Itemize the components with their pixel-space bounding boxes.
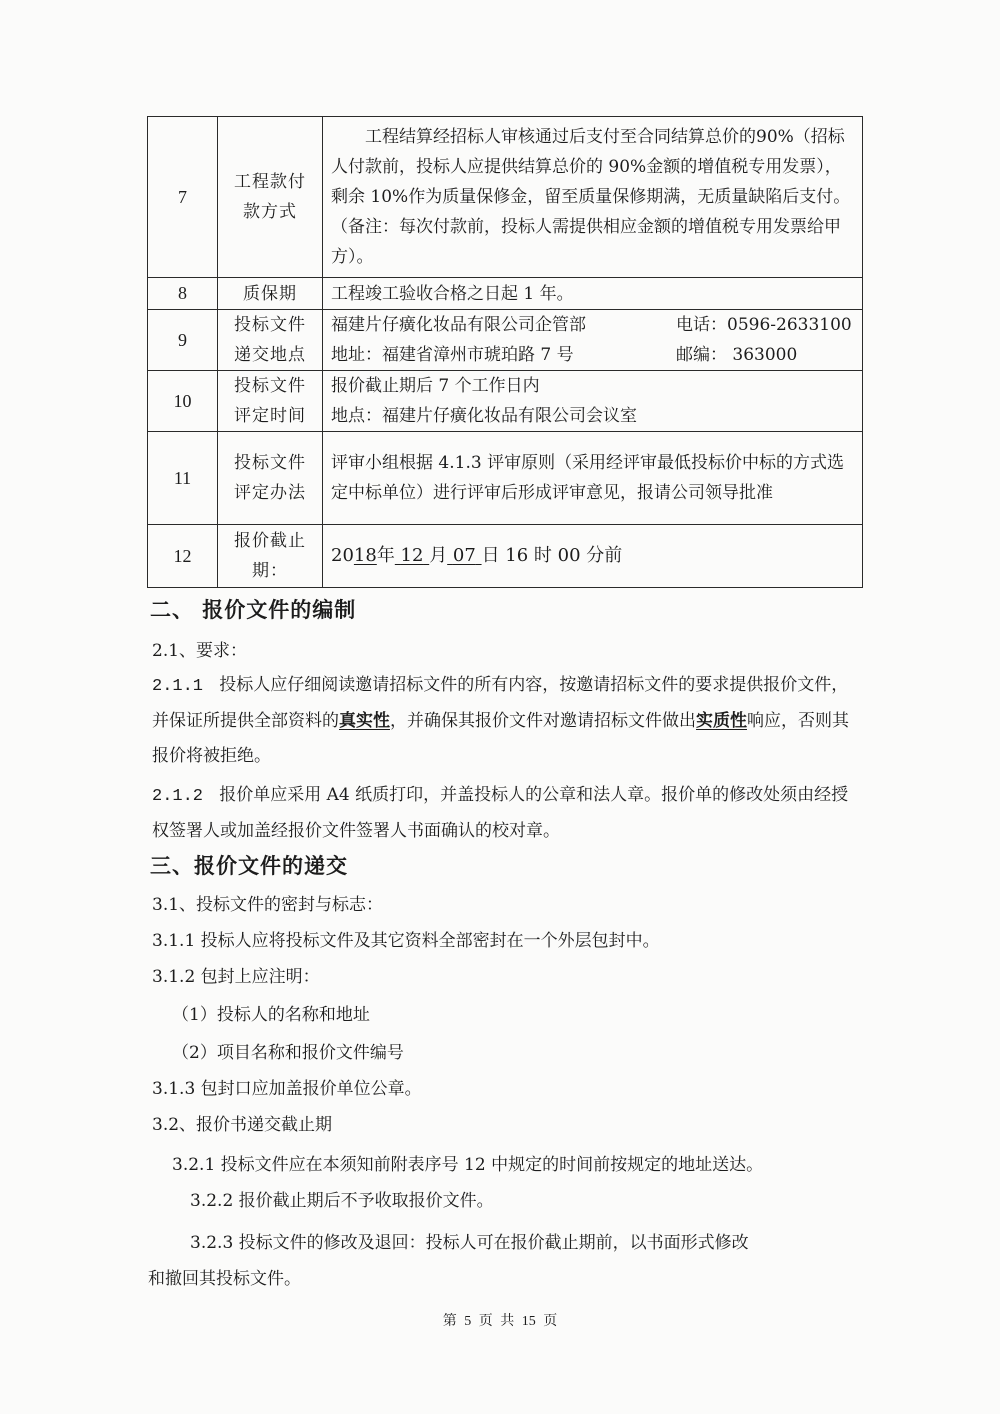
payment-terms: 工程结算经招标人审核通过后支付至合同结算总价的90%（招标人付款前，投标人应提供… — [323, 117, 863, 278]
section-heading-3: 三、报价文件的递交 — [150, 850, 348, 880]
clause-number: 2.1.1 — [152, 677, 203, 696]
row-label: 投标文件 评定时间 — [218, 371, 323, 432]
row-number: 8 — [148, 278, 218, 310]
clause-text: ，并确保其报价文件对邀请招标文件做出 — [390, 711, 696, 731]
day-unit: 日 — [482, 545, 500, 566]
bid-info-table: 7 工程款付 款方式 工程结算经招标人审核通过后支付至合同结算总价的90%（招标… — [147, 116, 863, 588]
postcode: 邮编： 363000 — [676, 340, 856, 370]
row-label: 投标文件 评定办法 — [218, 432, 323, 525]
row-number: 10 — [148, 371, 218, 432]
row-number: 12 — [148, 525, 218, 588]
row-number: 7 — [148, 117, 218, 278]
clause-3-2-3-cont: 和撤回其投标文件。 — [148, 1262, 860, 1297]
row-number: 9 — [148, 310, 218, 371]
label-line: 报价截止 — [218, 526, 322, 556]
label-line: 投标文件 — [218, 310, 322, 340]
row-label: 质保期 — [218, 278, 323, 310]
label-line: 款方式 — [218, 197, 322, 227]
year-suffix: 18 — [354, 545, 377, 566]
submission-location: 福建片仔癀化妆品有限公司企管部 电话：0596-2633100 地址：福建省漳州… — [323, 310, 863, 371]
list-item-2: （2）项目名称和报价文件编号 — [172, 1036, 884, 1071]
label-line: 评定时间 — [218, 401, 322, 431]
page-number: 第 5 页 共 15 页 — [0, 1310, 1000, 1330]
year-unit: 年 — [377, 545, 395, 566]
phone: 电话：0596-2633100 — [676, 310, 856, 340]
warranty-period: 工程竣工验收合格之日起 1 年。 — [323, 278, 863, 310]
row-number: 11 — [148, 432, 218, 525]
evaluation-method: 评审小组根据 4.1.3 评审原则（采用经评审最低投标价中标的方式选定中标单位）… — [323, 432, 863, 525]
month-unit: 月 — [429, 545, 447, 566]
month: 12 — [395, 545, 429, 566]
quote-deadline: 2018年 12 月 07 日 16 时 00 分前 — [323, 525, 863, 588]
clause-3-2-3: 3.2.3 投标文件的修改及退回：投标人可在报价截止期前，以书面形式修改 — [190, 1226, 870, 1261]
table-row: 9 投标文件 递交地点 福建片仔癀化妆品有限公司企管部 电话：0596-2633… — [148, 310, 863, 371]
label-line: 递交地点 — [218, 340, 322, 370]
document-page: 7 工程款付 款方式 工程结算经招标人审核通过后支付至合同结算总价的90%（招标… — [0, 0, 1000, 1414]
table-row: 12 报价截止 期： 2018年 12 月 07 日 16 时 00 分前 — [148, 525, 863, 588]
row-label: 工程款付 款方式 — [218, 117, 323, 278]
address: 地址：福建省漳州市琥珀路 7 号 — [331, 340, 574, 370]
day: 07 — [447, 545, 481, 566]
label-line: 投标文件 — [218, 371, 322, 401]
clause-3-1: 3.1、投标文件的密封与标志： — [152, 888, 864, 923]
emphasis-substantive: 实质性 — [696, 711, 747, 731]
evaluation-location: 地点：福建片仔癀化妆品有限公司会议室 — [331, 401, 856, 431]
clause-3-2-1: 3.2.1 投标文件应在本须知前附表序号 12 中规定的时间前按规定的地址送达。 — [172, 1148, 872, 1183]
clause-3-1-1: 3.1.1 投标人应将投标文件及其它资料全部密封在一个外层包封中。 — [152, 924, 864, 959]
row-label: 投标文件 递交地点 — [218, 310, 323, 371]
clause-2-1: 2.1、要求： — [152, 634, 864, 669]
section-heading-2: 二、 报价文件的编制 — [150, 594, 356, 624]
clause-2-1-1: 2.1.1 投标人应仔细阅读邀请招标文件的所有内容，按邀请招标文件的要求提供报价… — [152, 668, 864, 774]
label-line: 工程款付 — [218, 167, 322, 197]
table-row: 11 投标文件 评定办法 评审小组根据 4.1.3 评审原则（采用经评审最低投标… — [148, 432, 863, 525]
clause-2-1-2: 2.1.2 报价单应采用 A4 纸质打印，并盖投标人的公章和法人章。报价单的修改… — [152, 778, 864, 849]
label-line: 评定办法 — [218, 478, 322, 508]
clause-3-1-3: 3.1.3 包封口应加盖报价单位公章。 — [152, 1072, 864, 1107]
label-line: 投标文件 — [218, 448, 322, 478]
clause-text: 报价单应采用 A4 纸质打印，并盖投标人的公章和法人章。报价单的修改处须由经授权… — [152, 785, 848, 841]
row-label: 报价截止 期： — [218, 525, 323, 588]
evaluation-time: 报价截止期后 7 个工作日内 地点：福建片仔癀化妆品有限公司会议室 — [323, 371, 863, 432]
clause-3-1-2: 3.1.2 包封上应注明： — [152, 960, 864, 995]
company-dept: 福建片仔癀化妆品有限公司企管部 — [331, 310, 586, 340]
emphasis-authenticity: 真实性 — [339, 711, 390, 731]
clause-3-2: 3.2、报价书递交截止期 — [152, 1108, 864, 1143]
table-row: 10 投标文件 评定时间 报价截止期后 7 个工作日内 地点：福建片仔癀化妆品有… — [148, 371, 863, 432]
time: 16 时 00 分前 — [505, 545, 622, 566]
table-row: 7 工程款付 款方式 工程结算经招标人审核通过后支付至合同结算总价的90%（招标… — [148, 117, 863, 278]
label-line: 期： — [218, 556, 322, 586]
year-prefix: 20 — [331, 545, 354, 566]
table-row: 8 质保期 工程竣工验收合格之日起 1 年。 — [148, 278, 863, 310]
label-line: 质保期 — [218, 279, 322, 309]
clause-3-2-2: 3.2.2 报价截止期后不予收取报价文件。 — [190, 1184, 902, 1219]
clause-number: 2.1.2 — [152, 787, 203, 806]
evaluation-deadline: 报价截止期后 7 个工作日内 — [331, 371, 856, 401]
list-item-1: （1）投标人的名称和地址 — [172, 998, 884, 1033]
